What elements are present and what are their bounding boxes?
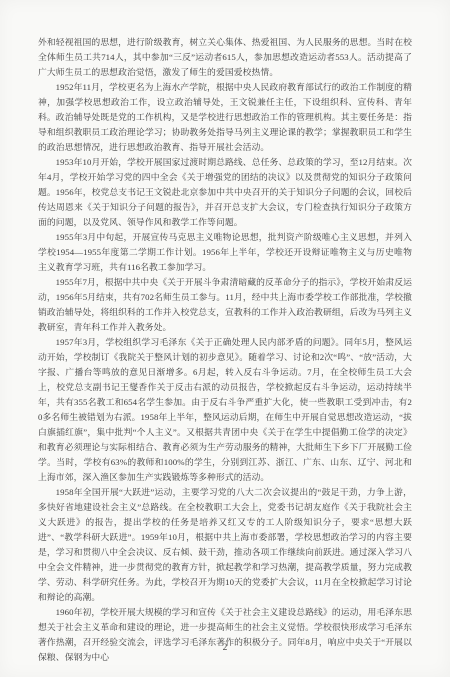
page-number: 2 — [0, 643, 450, 653]
paragraph: 1958年全国开展“大跃进”运动，主要学习党的八大二次会议提出的“鼓足干劲，力争… — [38, 485, 412, 605]
document-page: 外和轻视祖国的思想，进行阶级教育，树立关心集体、热爱祖国、为人民服务的思想。当时… — [0, 0, 450, 677]
paragraph: 1953年10月开始，学校开展国家过渡时期总路线、总任务、总政策的学习，至12月… — [38, 155, 412, 230]
paragraph: 1955年3月中旬起，开展宣传马克思主义唯物论思想，批判资产阶级唯心主义思想，并… — [38, 230, 412, 275]
paragraph: 外和轻视祖国的思想，进行阶级教育，树立关心集体、热爱祖国、为人民服务的思想。当时… — [38, 35, 412, 80]
paragraph: 1952年11月，学校更名为上海水产学院，根据中央人民政府教育部试行的政治工作制… — [38, 80, 412, 155]
page-content: 外和轻视祖国的思想，进行阶级教育，树立关心集体、热爱祖国、为人民服务的思想。当时… — [38, 35, 412, 665]
paragraph: 1957年3月，学校组织学习毛泽东《关于正确处理人民内部矛盾的问题》。同年5月，… — [38, 335, 412, 485]
paragraph: 1955年7月，根据中共中央《关于开展斗争肃清暗藏的反革命分子的指示》，学校开始… — [38, 275, 412, 335]
paragraph: 1960年初，学校开展大规模的学习和宣传《关于社会主义建设总路线》的运动，用毛泽… — [38, 605, 412, 665]
